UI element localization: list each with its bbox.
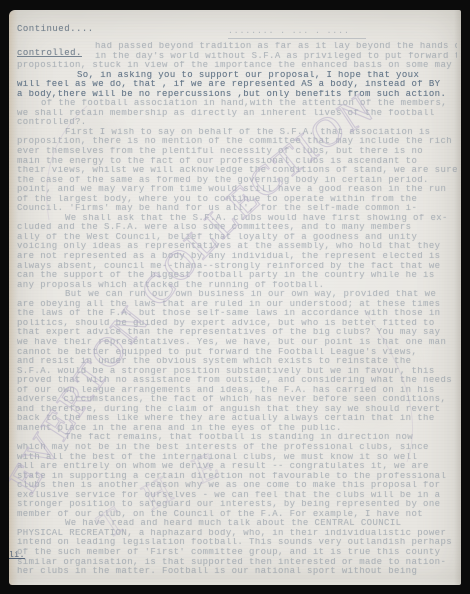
typewritten-line: We shall ask that the S.F.A. clubs would…	[17, 214, 457, 224]
document-page: ........ . ... . .... Continued.... cont…	[9, 10, 461, 585]
typewritten-text-body: had passed beyond tradition as far as it…	[17, 42, 457, 581]
typewritten-line: controlled?.	[17, 118, 457, 128]
typewritten-line: The fact remains, that football is stand…	[17, 433, 457, 443]
typewritten-line: of the such member of 'First' committee …	[17, 548, 457, 558]
reference-header: ........ . ... . ....	[228, 27, 366, 39]
typewritten-line: politics, should be guided by expert adv…	[17, 319, 457, 329]
typewritten-line: the laws of the F.A. but those self-same…	[17, 309, 457, 319]
typewritten-line: back to the mess like where they are act…	[17, 414, 457, 424]
typewritten-line: similar organisation, is that supported …	[17, 558, 457, 568]
typewritten-line: proved that with no assistance from outs…	[17, 376, 457, 386]
typewritten-line: we have their representatives. Yes, we h…	[17, 338, 457, 348]
typewritten-line: First I wish to say on behalf of the S.F…	[17, 128, 457, 138]
typewritten-line: S.F.A. would be a stronger position subs…	[17, 367, 457, 377]
typewritten-line: Council. 'Firms' may be hand for us all'…	[17, 204, 457, 214]
typewritten-line: we shall retain membership as directly a…	[17, 109, 457, 119]
typewritten-line: their views, whilst we will acknowledge …	[17, 166, 457, 176]
typewritten-line: member of our club, on the Council of th…	[17, 510, 457, 520]
typewritten-line: adverse circumstances, the fact of which…	[17, 395, 457, 405]
typewritten-line: her clubs in the matter. Football is our…	[17, 567, 457, 577]
typewritten-line: of the largest body, where you to contin…	[17, 195, 457, 205]
typewritten-line: and resist in under the obvious system w…	[17, 357, 457, 367]
typewritten-line: point, and we may vary from time would s…	[17, 185, 457, 195]
typewritten-line: the case of the same as formed by the go…	[17, 176, 457, 186]
typewritten-line: ever themselves from the plentiful neces…	[17, 147, 457, 157]
typewritten-line: had passed beyond tradition as far as it…	[17, 42, 457, 52]
typewritten-line: always absent, council me--thana--strong…	[17, 262, 457, 272]
typewritten-line: cluded and the S.F.A. were also some com…	[17, 223, 457, 233]
typewritten-line: any proposals which attacked the running…	[17, 281, 457, 291]
typewritten-line: But we can run our own business in our o…	[17, 290, 457, 300]
typewritten-line: in the day's world without S.F.A as priv…	[17, 52, 457, 62]
scan-black-border: ........ . ... . .... Continued.... cont…	[0, 0, 470, 594]
typewritten-line: with all the best of the international c…	[17, 453, 457, 463]
typewritten-line: proposition, there is no mention of the …	[17, 137, 457, 147]
typewritten-line: ally of the West Council, belief that lo…	[17, 233, 457, 243]
typewritten-line: stronger position to safeguard our inter…	[17, 500, 457, 510]
typewritten-line: can the support of the biggest football …	[17, 271, 457, 281]
typewritten-line: will feel as we do, that , if we are rep…	[17, 80, 457, 90]
typewritten-line: main the energy to the fact of our profe…	[17, 157, 457, 167]
typewritten-line: of the football association in hand,with…	[17, 99, 457, 109]
typewritten-line: and therefore, during the claim of angui…	[17, 405, 457, 415]
typewritten-line: intend on leading legislation football. …	[17, 538, 457, 548]
typewritten-line: We have read and heard much talk about t…	[17, 519, 457, 529]
typewritten-line: which may not be in the best interests o…	[17, 443, 457, 453]
margin-annotation: li.	[9, 551, 25, 560]
typewritten-line: voicing only ideas as representatives at…	[17, 242, 457, 252]
typewritten-line: So, in asking you to support our proposa…	[17, 71, 457, 81]
typewritten-line: are obeying all the laws that are ruled …	[17, 300, 457, 310]
typewritten-line: exclusive service for ourselves - we can…	[17, 491, 457, 501]
typewritten-line: cannot be better equipped to put forward…	[17, 348, 457, 358]
typewritten-line: are not represented as a body by any ind…	[17, 252, 457, 262]
continued-label: Continued....	[17, 24, 94, 34]
typewritten-line: PHYSICAL RECREATION, a haphazard body, w…	[17, 529, 457, 539]
typewritten-line: that expert advice than the representati…	[17, 328, 457, 338]
typewritten-line: proposition, stuck in view of the import…	[17, 61, 457, 71]
typewritten-line: all are entirely on whom we derive a res…	[17, 462, 457, 472]
typewritten-line: of our own league arrangements and ideas…	[17, 386, 457, 396]
typewritten-line: manent place in the arena and in the eye…	[17, 424, 457, 434]
typewritten-line: state in supporting a certain direction …	[17, 472, 457, 482]
typewritten-line: clubs then is another reason why we as o…	[17, 481, 457, 491]
typewritten-line: a body,there will be no repercussions ,b…	[17, 90, 457, 100]
